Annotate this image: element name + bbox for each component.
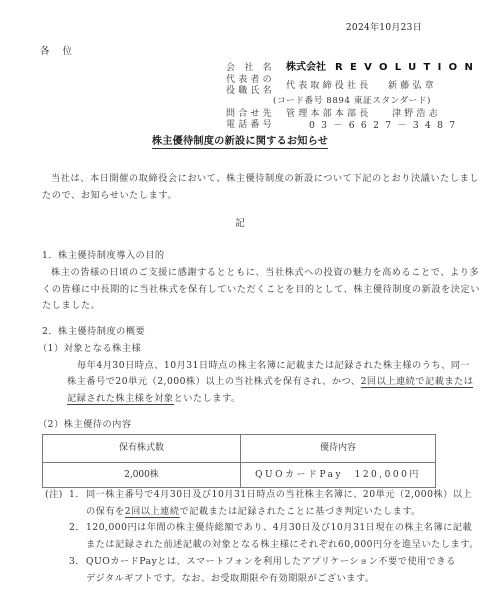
section2-sub1-line-2: 株主番号で20単元（2,000株）以上の当社株式を保有され、かつ、2回以上連続で… — [67, 377, 473, 386]
table-row: 2,000株 QUOカードPay 120,000円 — [43, 463, 436, 488]
representative-label-line2: 役職氏名 — [226, 87, 275, 96]
section1-line-3: たしました。 — [42, 301, 100, 310]
phone-number: 03－6627－3487 — [309, 121, 461, 130]
representative-label-line1: 代表者の — [226, 76, 275, 85]
contact-label: 問合せ先 — [226, 110, 275, 119]
note-3-line-2: デジタルギフトです。なお、お受取期限や有効期限がございます。 — [86, 574, 375, 583]
document-title: 株主優待制度の新設に関するお知らせ — [0, 137, 480, 147]
section2-sub1-line-3-plain: といたします。 — [174, 393, 241, 404]
note-2-line-1: 120,000円は年間の株主優待総額であり、4月30日及び10月31日現在の株主… — [86, 523, 472, 532]
note-3-line-1: QUOカードPayとは、スマートフォンを利用したアプリケーション不要で使用できる — [86, 557, 456, 566]
note-1-line-2: の保有を2回以上連続で記載または記録されたことに基づき判定いたします。 — [86, 507, 421, 516]
note-2-number: 2． — [69, 523, 85, 532]
document-title-text: 株主優待制度の新設に関するお知らせ — [152, 136, 328, 149]
section1-line-1: 株主の皆様の日頃のご支援に感謝するとともに、当社株式への投資の魅力を高めることで… — [42, 268, 479, 277]
section2-sub1-line-3-underlined: 記録された株主様を対象 — [67, 393, 174, 405]
section2-sub1-line-2-underlined: 2回以上連続で記載または — [361, 376, 474, 388]
phone-label: 電話番号 — [226, 121, 275, 130]
table-cell-shares: 2,000株 — [43, 463, 241, 488]
intro-line-2: たので、お知らせいたします。 — [42, 191, 177, 200]
company-name-jp: 株式会社 — [286, 62, 326, 73]
representative-role: 代表取締役社長 — [286, 82, 371, 91]
section2-sub1-line-2-plain: 株主番号で20単元（2,000株）以上の当社株式を保有され、かつ、 — [67, 376, 361, 387]
section1-line-2: くの皆様に中長期的に当社株式を保有していただくことを目的として、株主優待制度の新… — [42, 285, 480, 294]
section2-sub1-heading: （1）対象となる株主様 — [38, 344, 141, 353]
note-1-number: 1． — [69, 490, 85, 499]
note-2-line-2: または記録された前述記載の対象となる株主様にそれぞれ60,000円分を進呈いたし… — [86, 540, 479, 549]
note-1-line-1: 同一株主番号で4月30日及び10月31日時点の当社株主名簿に、20単元（2,00… — [86, 490, 472, 499]
benefit-table: 保有株式数 優待内容 2,000株 QUOカードPay 120,000円 — [42, 434, 436, 488]
release-date: 2024年10月23日 — [346, 24, 422, 33]
intro-line-1: 当社は、本日開催の取締役会において、株主優待制度の新設について下記のとおり決議い… — [42, 174, 479, 183]
company-name: 株式会社REVOLUTION — [286, 63, 480, 73]
note-1-line-2-underlined: 2回以上連続 — [125, 506, 180, 518]
section2-sub2-heading: （2）株主優待の内容 — [38, 420, 132, 429]
table-header-row: 保有株式数 優待内容 — [43, 435, 436, 463]
section2-sub1-line-3: 記録された株主様を対象といたします。 — [67, 394, 241, 403]
note-3-number: 3． — [69, 557, 85, 566]
company-name-latin: REVOLUTION — [335, 62, 480, 73]
company-name-label: 会 社 名 — [226, 64, 275, 73]
representative-name: 新藤弘章 — [388, 82, 437, 91]
note-1-line-2-post: で記載または記録されたことに基づき判定いたします。 — [180, 506, 421, 517]
notes-label: (注) — [45, 490, 63, 499]
table-cell-benefit: QUOカードPay 120,000円 — [241, 463, 436, 488]
section2-heading: 2．株主優待制度の概要 — [42, 327, 145, 336]
ki-heading: 記 — [0, 219, 480, 229]
note-1-line-2-pre: の保有を — [86, 506, 125, 517]
table-header-shares: 保有株式数 — [43, 435, 241, 463]
contact-role: 管理本部本部長 — [286, 110, 371, 119]
stock-code: (コード番号 8894 東証スタンダード) — [273, 97, 431, 106]
table-header-benefit: 優待内容 — [241, 435, 436, 463]
contact-name: 津野浩志 — [392, 110, 441, 119]
addressee: 各 位 — [40, 47, 77, 57]
section1-heading: 1．株主優待制度導入の目的 — [42, 251, 165, 260]
section2-sub1-line-1: 毎年4月30日時点、10月31日時点の株主名簿に記載または記録された株主様のうち… — [77, 361, 470, 370]
